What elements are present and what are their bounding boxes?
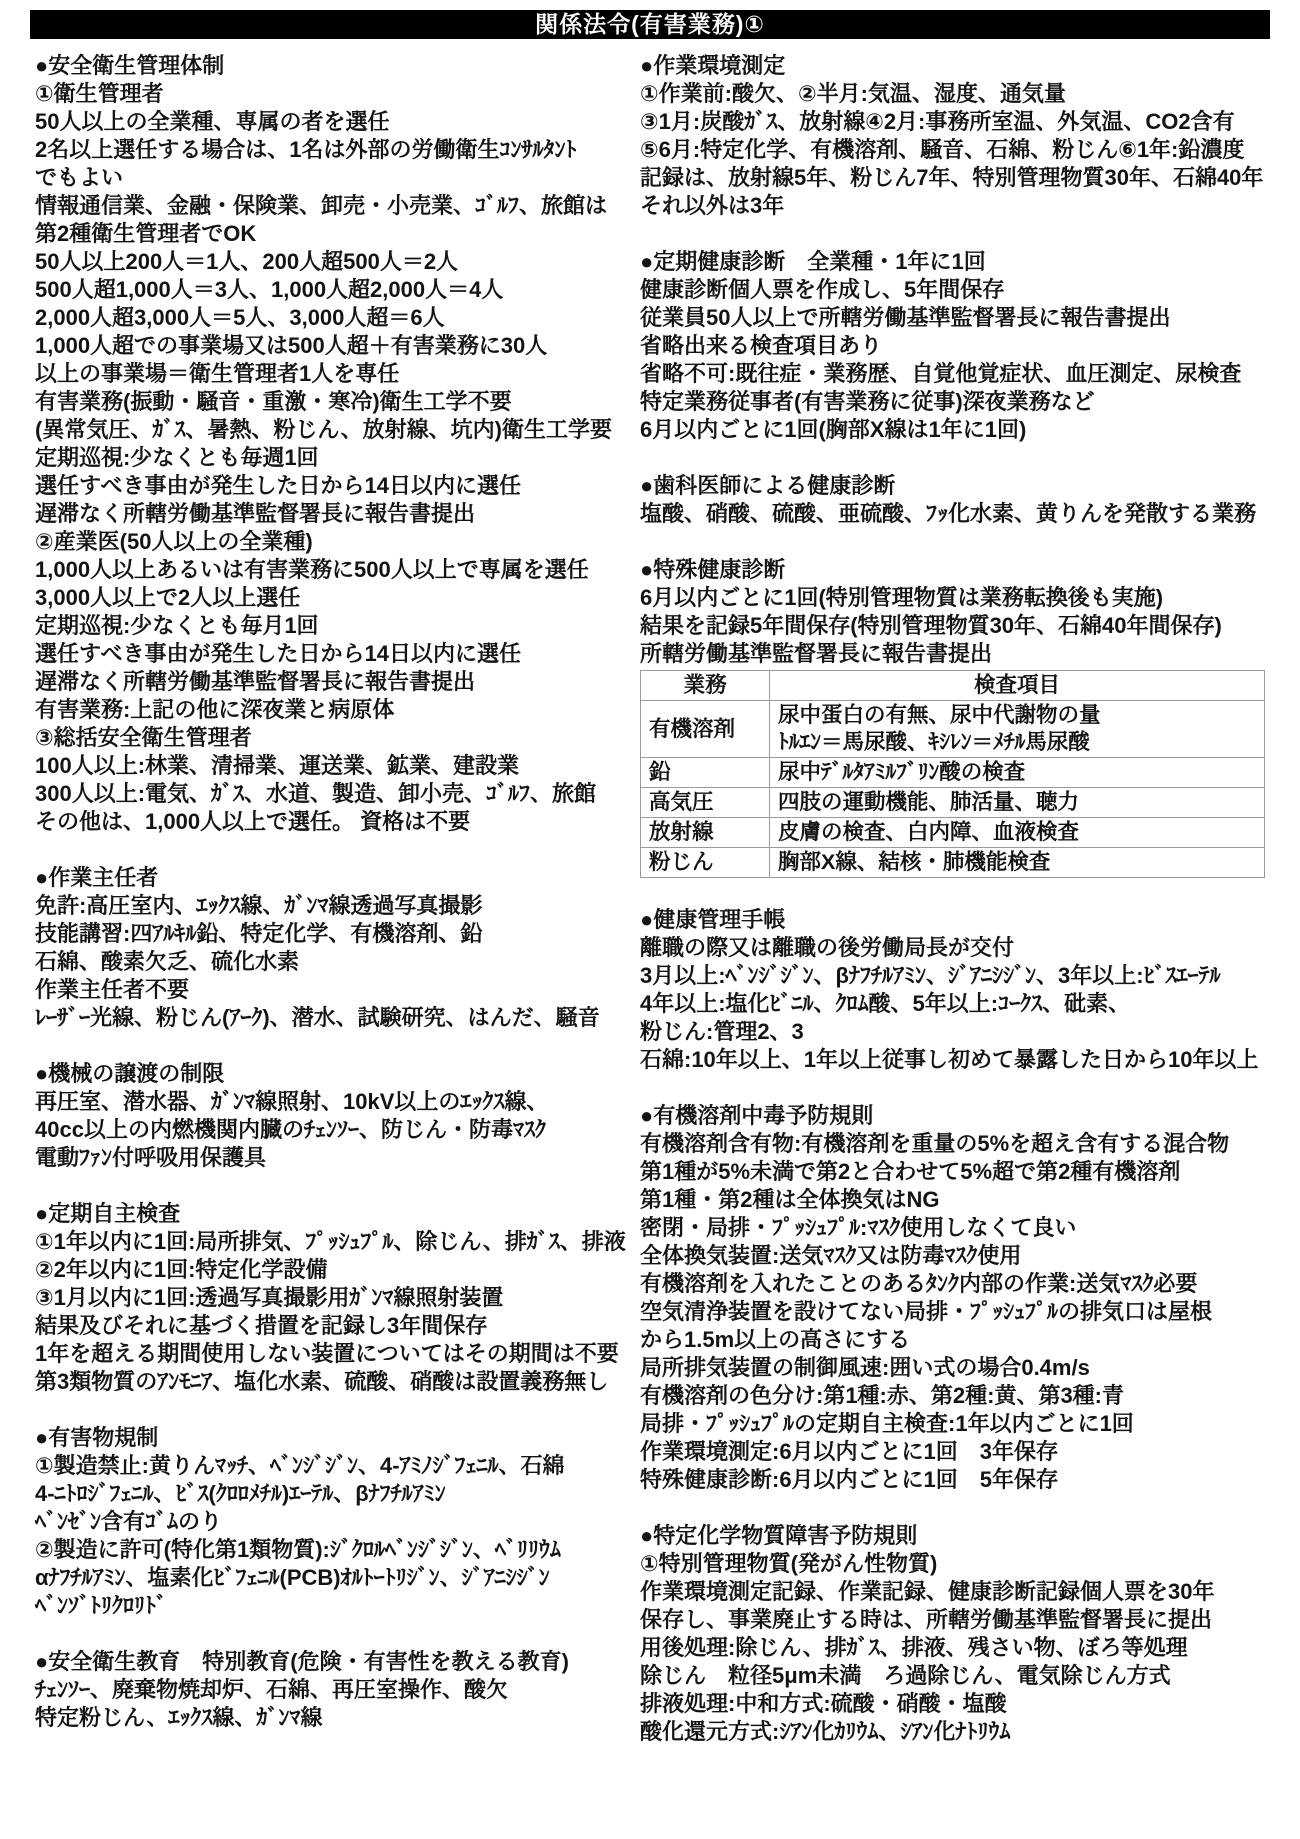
table-cell-line: 胸部X線、結核・肺機能検査 bbox=[778, 849, 1256, 876]
text-line: 健康診断個人票を作成し、5年間保存 bbox=[640, 276, 1280, 304]
text-line: 1年を超える期間使用しない装置についてはその期間は不要 bbox=[35, 1340, 627, 1368]
text-line: 4年以上:塩化ﾋﾞﾆﾙ、ｸﾛﾑ酸、5年以上:ｺｰｸｽ、砒素、 bbox=[640, 990, 1280, 1018]
text-line: 3,000人以上で2人以上選任 bbox=[35, 584, 627, 612]
section: ●安全衛生管理体制①衛生管理者50人以上の全業種、専属の者を選任2名以上選任する… bbox=[35, 52, 627, 836]
text-line: 定期巡視:少なくとも毎週1回 bbox=[35, 444, 627, 472]
text-line: ②2年以内に1回:特定化学設備 bbox=[35, 1256, 627, 1284]
text-line: ①1年以内に1回:局所排気、ﾌﾟｯｼｭﾌﾟﾙ、除じん、排ｶﾞｽ、排液 bbox=[35, 1228, 627, 1256]
text-line: その他は、1,000人以上で選任。 資格は不要 bbox=[35, 808, 627, 836]
text-line: 遅滞なく所轄労働基準監督署長に報告書提出 bbox=[35, 500, 627, 528]
table-row-value: 尿中ﾃﾞﾙﾀｱﾐﾙﾌﾞﾘﾝ酸の検査 bbox=[770, 758, 1265, 788]
text-line: 排液処理:中和方式:硫酸・硝酸・塩酸 bbox=[640, 1690, 1280, 1718]
text-line: ﾁｪﾝｿｰ、廃棄物焼却炉、石綿、再圧室操作、酸欠 bbox=[35, 1676, 627, 1704]
table-row-label: 有機溶剤 bbox=[641, 701, 770, 758]
text-line: 有機溶剤含有物:有機溶剤を重量の5%を超え含有する混合物 bbox=[640, 1130, 1280, 1158]
table-cell-line: 四肢の運動機能、肺活量、聴力 bbox=[778, 789, 1256, 816]
section-heading: ●特殊健康診断 bbox=[640, 556, 1280, 584]
text-line: 6月以内ごとに1回(胸部X線は1年に1回) bbox=[640, 416, 1280, 444]
text-line: ①作業前:酸欠、②半月:気温、湿度、通気量 bbox=[640, 80, 1280, 108]
text-line: ﾚｰｻﾞｰ光線、粉じん(ｱｰｸ)、潜水、試験研究、はんだ、騒音 bbox=[35, 1004, 627, 1032]
text-line: 保存し、事業廃止する時は、所轄労働基準監督署長に提出 bbox=[640, 1606, 1280, 1634]
table-row-label: 高気圧 bbox=[641, 788, 770, 818]
text-line: 選任すべき事由が発生した日から14日以内に選任 bbox=[35, 640, 627, 668]
text-line: 2名以上選任する場合は、1名は外部の労働衛生ｺﾝｻﾙﾀﾝﾄ bbox=[35, 136, 627, 164]
text-line: ①衛生管理者 bbox=[35, 80, 627, 108]
text-line: ①特別管理物質(発がん性物質) bbox=[640, 1550, 1280, 1578]
text-line: 遅滞なく所轄労働基準監督署長に報告書提出 bbox=[35, 668, 627, 696]
table-row-value: 胸部X線、結核・肺機能検査 bbox=[770, 848, 1265, 878]
text-line: 石綿:10年以上、1年以上従事し初めて暴露した日から10年以上 bbox=[640, 1046, 1280, 1074]
text-line: 空気清浄装置を設けてない局排・ﾌﾟｯｼｭﾌﾟﾙの排気口は屋根 bbox=[640, 1298, 1280, 1326]
table-row: 放射線皮膚の検査、白内障、血液検査 bbox=[641, 818, 1265, 848]
text-line: 特定業務従事者(有害業務に従事)深夜業務など bbox=[640, 388, 1280, 416]
section-heading: ●定期健康診断 全業種・1年に1回 bbox=[640, 248, 1280, 276]
text-line: 有害業務(振動・騒音・重激・寒冷)衛生工学不要 bbox=[35, 388, 627, 416]
section-heading: ●安全衛生教育 特別教育(危険・有害性を教える教育) bbox=[35, 1648, 627, 1676]
text-line: ②製造に許可(特化第1類物質):ｼﾞｸﾛﾙﾍﾞﾝｼﾞｼﾞﾝ、ﾍﾞﾘﾘｳﾑ bbox=[35, 1536, 627, 1564]
text-line: αﾅﾌﾁﾙｱﾐﾝ、塩素化ﾋﾞﾌｪﾆﾙ(PCB)ｵﾙﾄｰﾄﾘｼﾞﾝ、ｼﾞｱﾆｼｼﾞ… bbox=[35, 1564, 627, 1592]
text-line: 40cc以上の内燃機関内臓のﾁｪﾝｿｰ、防じん・防毒ﾏｽｸ bbox=[35, 1116, 627, 1144]
text-line: 第2種衛生管理者でOK bbox=[35, 220, 627, 248]
section: ●安全衛生教育 特別教育(危険・有害性を教える教育)ﾁｪﾝｿｰ、廃棄物焼却炉、石… bbox=[35, 1648, 627, 1732]
text-line: 所轄労働基準監督署長に報告書提出 bbox=[640, 640, 1280, 668]
section: ●歯科医師による健康診断塩酸、硝酸、硫酸、亜硫酸、ﾌｯ化水素、黄りんを発散する業… bbox=[640, 472, 1280, 528]
text-line: 省略出来る検査項目あり bbox=[640, 332, 1280, 360]
text-line: 石綿、酸素欠乏、硫化水素 bbox=[35, 948, 627, 976]
text-line: 有機溶剤を入れたことのあるﾀﾝｸ内部の作業:送気ﾏｽｸ必要 bbox=[640, 1270, 1280, 1298]
text-line: 以上の事業場＝衛生管理者1人を専任 bbox=[35, 360, 627, 388]
text-line: 粉じん:管理2、3 bbox=[640, 1018, 1280, 1046]
table-row-value: 四肢の運動機能、肺活量、聴力 bbox=[770, 788, 1265, 818]
text-line: ②産業医(50人以上の全業種) bbox=[35, 528, 627, 556]
section-heading: ●安全衛生管理体制 bbox=[35, 52, 627, 80]
text-line: 有害業務:上記の他に深夜業と病原体 bbox=[35, 696, 627, 724]
table-cell-line: 尿中蛋白の有無、尿中代謝物の量 bbox=[778, 702, 1256, 729]
text-line: 50人以上の全業種、専属の者を選任 bbox=[35, 108, 627, 136]
text-line: から1.5m以上の高さにする bbox=[640, 1326, 1280, 1354]
text-line: 従業員50人以上で所轄労働基準監督署長に報告書提出 bbox=[640, 304, 1280, 332]
table-cell-line: 皮膚の検査、白内障、血液検査 bbox=[778, 819, 1256, 846]
text-line: ③1月以内に1回:透過写真撮影用ｶﾞﾝﾏ線照射装置 bbox=[35, 1284, 627, 1312]
text-line: 第1種が5%未満で第2と合わせて5%超で第2種有機溶剤 bbox=[640, 1158, 1280, 1186]
table-header-cell: 検査項目 bbox=[770, 671, 1265, 701]
text-line: 1,000人超での事業場又は500人超＋有害業務に30人 bbox=[35, 332, 627, 360]
section: ●定期健康診断 全業種・1年に1回健康診断個人票を作成し、5年間保存従業員50人… bbox=[640, 248, 1280, 444]
text-line: ﾍﾞﾝｿﾞﾄﾘｸﾛﾘﾄﾞ bbox=[35, 1592, 627, 1620]
text-line: 2,000人超3,000人＝5人、3,000人超＝6人 bbox=[35, 304, 627, 332]
section-heading: ●作業主任者 bbox=[35, 864, 627, 892]
text-line: 特定粉じん、ｴｯｸｽ線、ｶﾞﾝﾏ線 bbox=[35, 1704, 627, 1732]
text-line: 免許:高圧室内、ｴｯｸｽ線、ｶﾞﾝﾏ線透過写真撮影 bbox=[35, 892, 627, 920]
section: ●特殊健康診断6月以内ごとに1回(特別管理物質は業務転換後も実施)結果を記録5年… bbox=[640, 556, 1280, 878]
text-line: 除じん 粒径5μm未満 ろ過除じん、電気除じん方式 bbox=[640, 1662, 1280, 1690]
text-line: 電動ﾌｧﾝ付呼吸用保護具 bbox=[35, 1144, 627, 1172]
table-row-label: 粉じん bbox=[641, 848, 770, 878]
text-line: 作業環境測定記録、作業記録、健康診断記録個人票を30年 bbox=[640, 1578, 1280, 1606]
text-line: 再圧室、潜水器、ｶﾞﾝﾏ線照射、10kV以上のｴｯｸｽ線、 bbox=[35, 1088, 627, 1116]
text-line: 第1種・第2種は全体換気はNG bbox=[640, 1186, 1280, 1214]
table-cell-line: 尿中ﾃﾞﾙﾀｱﾐﾙﾌﾞﾘﾝ酸の検査 bbox=[778, 759, 1256, 786]
section: ●特定化学物質障害予防規則①特別管理物質(発がん性物質)作業環境測定記録、作業記… bbox=[640, 1522, 1280, 1746]
text-line: 特殊健康診断:6月以内ごとに1回 5年保存 bbox=[640, 1466, 1280, 1494]
text-line: ①製造禁止:黄りんﾏｯﾁ、ﾍﾞﾝｼﾞｼﾞﾝ、4-ｱﾐﾉｼﾞﾌｪﾆﾙ、石綿 bbox=[35, 1452, 627, 1480]
text-line: 6月以内ごとに1回(特別管理物質は業務転換後も実施) bbox=[640, 584, 1280, 612]
text-line: ⑤6月:特定化学、有機溶剤、騒音、石綿、粉じん⑥1年:鉛濃度 bbox=[640, 136, 1280, 164]
text-line: 定期巡視:少なくとも毎月1回 bbox=[35, 612, 627, 640]
section: ●有機溶剤中毒予防規則有機溶剤含有物:有機溶剤を重量の5%を超え含有する混合物第… bbox=[640, 1102, 1280, 1494]
table-row-label: 放射線 bbox=[641, 818, 770, 848]
text-line: 局所排気装置の制御風速:囲い式の場合0.4m/s bbox=[640, 1354, 1280, 1382]
text-line: 記録は、放射線5年、粉じん7年、特別管理物質30年、石綿40年 bbox=[640, 164, 1280, 192]
text-line: 300人以上:電気、ｶﾞｽ、水道、製造、卸小売、ｺﾞﾙﾌ、旅館 bbox=[35, 780, 627, 808]
left-column: ●安全衛生管理体制①衛生管理者50人以上の全業種、専属の者を選任2名以上選任する… bbox=[35, 52, 627, 1760]
text-line: 密閉・局排・ﾌﾟｯｼｭﾌﾟﾙ:ﾏｽｸ使用しなくて良い bbox=[640, 1214, 1280, 1242]
section-heading: ●特定化学物質障害予防規則 bbox=[640, 1522, 1280, 1550]
text-line: 3月以上:ﾍﾞﾝｼﾞｼﾞﾝ、βﾅﾌﾁﾙｱﾐﾝ、ｼﾞｱﾆｼｼﾞﾝ、3年以上:ﾋﾞｽ… bbox=[640, 962, 1280, 990]
text-line: でもよい bbox=[35, 164, 627, 192]
text-line: 情報通信業、金融・保険業、卸売・小売業、ｺﾞﾙﾌ、旅館は bbox=[35, 192, 627, 220]
text-line: (異常気圧、ｶﾞｽ、暑熱、粉じん、放射線、坑内)衛生工学要 bbox=[35, 416, 627, 444]
section-heading: ●有機溶剤中毒予防規則 bbox=[640, 1102, 1280, 1130]
section-heading: ●機械の譲渡の制限 bbox=[35, 1060, 627, 1088]
text-line: 有機溶剤の色分け:第1種:赤、第2種:黄、第3種:青 bbox=[640, 1382, 1280, 1410]
section: ●作業環境測定①作業前:酸欠、②半月:気温、湿度、通気量③1月:炭酸ｶﾞｽ、放射… bbox=[640, 52, 1280, 220]
table-row: 有機溶剤尿中蛋白の有無、尿中代謝物の量ﾄﾙｴﾝ＝馬尿酸、ｷｼﾚﾝ＝ﾒﾁﾙ馬尿酸 bbox=[641, 701, 1265, 758]
table-row-value: 尿中蛋白の有無、尿中代謝物の量ﾄﾙｴﾝ＝馬尿酸、ｷｼﾚﾝ＝ﾒﾁﾙ馬尿酸 bbox=[770, 701, 1265, 758]
text-line: 酸化還元方式:ｼｱﾝ化ｶﾘｳﾑ、ｼｱﾝ化ﾅﾄﾘｳﾑ bbox=[640, 1718, 1280, 1746]
text-line: 100人以上:林業、清掃業、運送業、鉱業、建設業 bbox=[35, 752, 627, 780]
text-line: ③総括安全衛生管理者 bbox=[35, 724, 627, 752]
table-row: 高気圧四肢の運動機能、肺活量、聴力 bbox=[641, 788, 1265, 818]
table-header-row: 業務検査項目 bbox=[641, 671, 1265, 701]
section: ●有害物規制①製造禁止:黄りんﾏｯﾁ、ﾍﾞﾝｼﾞｼﾞﾝ、4-ｱﾐﾉｼﾞﾌｪﾆﾙ、… bbox=[35, 1424, 627, 1620]
text-line: それ以外は3年 bbox=[640, 192, 1280, 220]
text-line: 1,000人以上あるいは有害業務に500人以上で専属を選任 bbox=[35, 556, 627, 584]
text-line: 結果及びそれに基づく措置を記録し3年間保存 bbox=[35, 1312, 627, 1340]
table-row-value: 皮膚の検査、白内障、血液検査 bbox=[770, 818, 1265, 848]
text-line: 省略不可:既往症・業務歴、自覚他覚症状、血圧測定、尿検査 bbox=[640, 360, 1280, 388]
right-column: ●作業環境測定①作業前:酸欠、②半月:気温、湿度、通気量③1月:炭酸ｶﾞｽ、放射… bbox=[640, 52, 1280, 1774]
text-line: 50人以上200人＝1人、200人超500人＝2人 bbox=[35, 248, 627, 276]
section: ●作業主任者免許:高圧室内、ｴｯｸｽ線、ｶﾞﾝﾏ線透過写真撮影技能講習:四ｱﾙｷ… bbox=[35, 864, 627, 1032]
section-heading: ●歯科医師による健康診断 bbox=[640, 472, 1280, 500]
section: ●健康管理手帳離職の際又は離職の後労働局長が交付3月以上:ﾍﾞﾝｼﾞｼﾞﾝ、βﾅ… bbox=[640, 906, 1280, 1074]
text-line: 全体換気装置:送気ﾏｽｸ又は防毒ﾏｽｸ使用 bbox=[640, 1242, 1280, 1270]
section: ●定期自主検査①1年以内に1回:局所排気、ﾌﾟｯｼｭﾌﾟﾙ、除じん、排ｶﾞｽ、排… bbox=[35, 1200, 627, 1396]
section-heading: ●有害物規制 bbox=[35, 1424, 627, 1452]
text-line: 技能講習:四ｱﾙｷﾙ鉛、特定化学、有機溶剤、鉛 bbox=[35, 920, 627, 948]
text-line: ﾍﾞﾝｾﾞﾝ含有ｺﾞﾑのり bbox=[35, 1508, 627, 1536]
section-heading: ●健康管理手帳 bbox=[640, 906, 1280, 934]
text-line: ③1月:炭酸ｶﾞｽ、放射線④2月:事務所室温、外気温、CO2含有 bbox=[640, 108, 1280, 136]
page-title: 関係法令(有害業務)① bbox=[30, 10, 1270, 39]
text-line: 離職の際又は離職の後労働局長が交付 bbox=[640, 934, 1280, 962]
text-line: 第3類物質のｱﾝﾓﾆｱ、塩化水素、硫酸、硝酸は設置義務無し bbox=[35, 1368, 627, 1396]
text-line: 作業主任者不要 bbox=[35, 976, 627, 1004]
section: ●機械の譲渡の制限再圧室、潜水器、ｶﾞﾝﾏ線照射、10kV以上のｴｯｸｽ線、40… bbox=[35, 1060, 627, 1172]
table-header-cell: 業務 bbox=[641, 671, 770, 701]
text-line: 選任すべき事由が発生した日から14日以内に選任 bbox=[35, 472, 627, 500]
table-row: 鉛尿中ﾃﾞﾙﾀｱﾐﾙﾌﾞﾘﾝ酸の検査 bbox=[641, 758, 1265, 788]
table-row-label: 鉛 bbox=[641, 758, 770, 788]
section-heading: ●作業環境測定 bbox=[640, 52, 1280, 80]
text-line: 塩酸、硝酸、硫酸、亜硫酸、ﾌｯ化水素、黄りんを発散する業務 bbox=[640, 500, 1280, 528]
text-line: 500人超1,000人＝3人、1,000人超2,000人＝4人 bbox=[35, 276, 627, 304]
text-line: 局排・ﾌﾟｯｼｭﾌﾟﾙの定期自主検査:1年以内ごとに1回 bbox=[640, 1410, 1280, 1438]
table-cell-line: ﾄﾙｴﾝ＝馬尿酸、ｷｼﾚﾝ＝ﾒﾁﾙ馬尿酸 bbox=[778, 729, 1256, 756]
inspection-table: 業務検査項目有機溶剤尿中蛋白の有無、尿中代謝物の量ﾄﾙｴﾝ＝馬尿酸、ｷｼﾚﾝ＝ﾒ… bbox=[640, 670, 1265, 878]
text-line: 作業環境測定:6月以内ごとに1回 3年保存 bbox=[640, 1438, 1280, 1466]
text-line: 結果を記録5年間保存(特別管理物質30年、石綿40年間保存) bbox=[640, 612, 1280, 640]
table-row: 粉じん胸部X線、結核・肺機能検査 bbox=[641, 848, 1265, 878]
text-line: 用後処理:除じん、排ｶﾞｽ、排液、残さい物、ぼろ等処理 bbox=[640, 1634, 1280, 1662]
text-line: 4-ﾆﾄﾛｼﾞﾌｪﾆﾙ、ﾋﾞｽ(ｸﾛﾛﾒﾁﾙ)ｴｰﾃﾙ、βﾅﾌﾁﾙｱﾐﾝ bbox=[35, 1480, 627, 1508]
section-heading: ●定期自主検査 bbox=[35, 1200, 627, 1228]
